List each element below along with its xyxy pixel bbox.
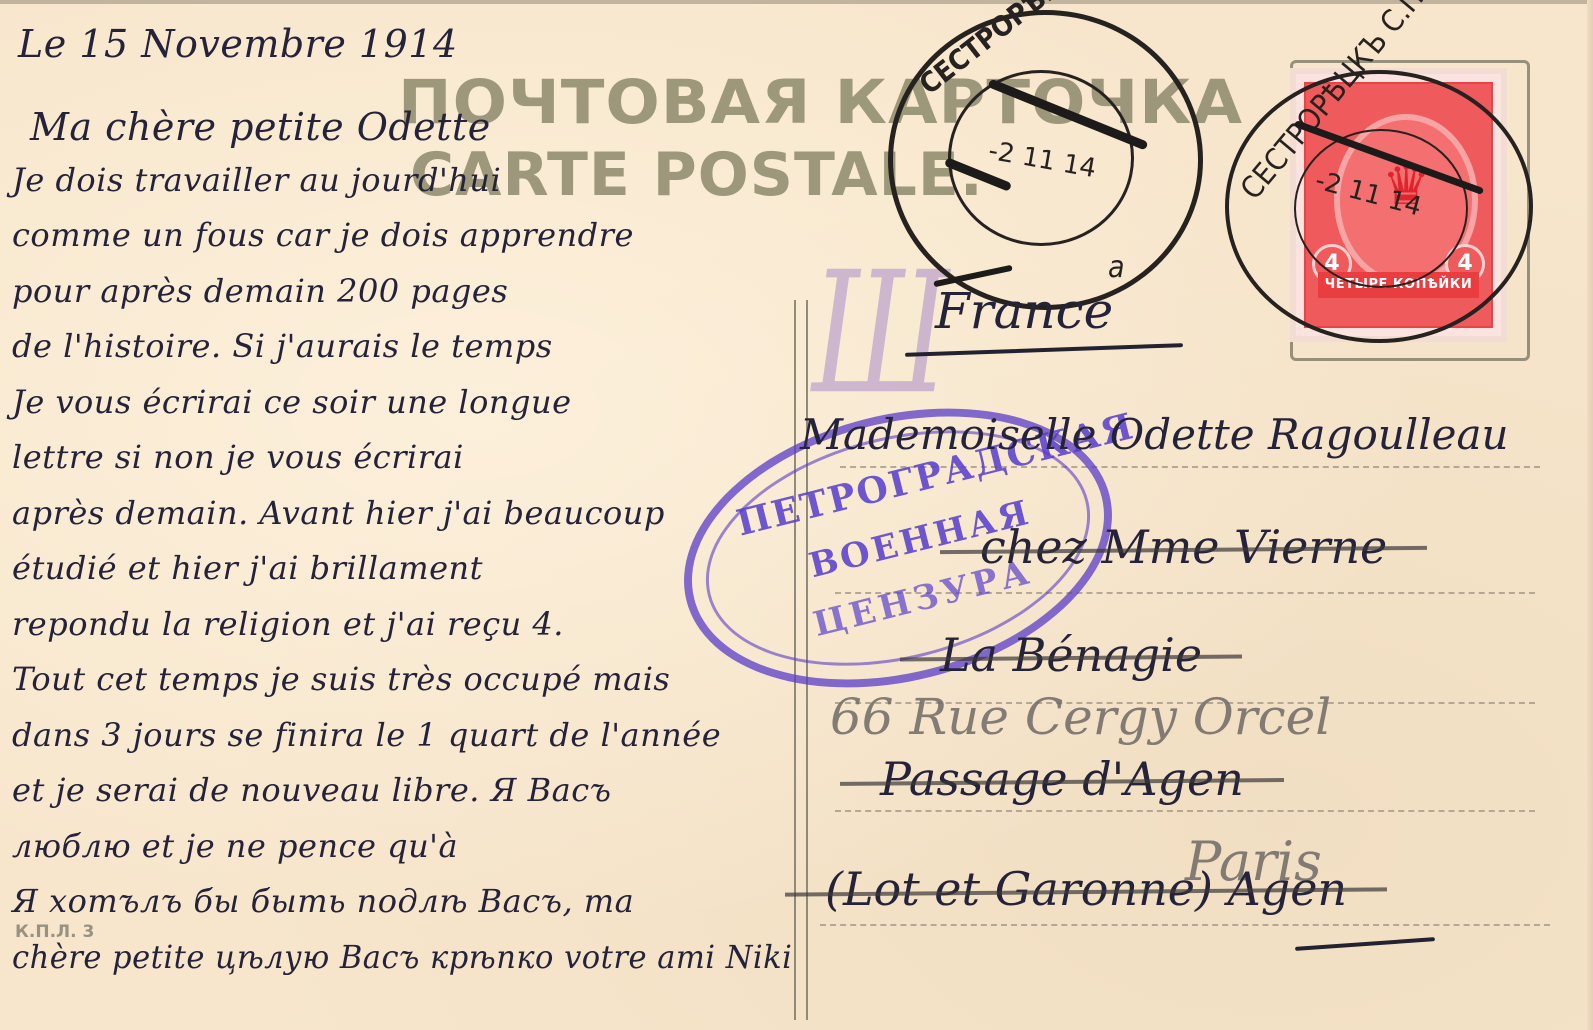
letter-line: étudié et hier j'ai brillament xyxy=(12,549,483,587)
letter-line: Я хотълъ бы быть подлѣ Васъ, ma xyxy=(12,882,634,920)
address-rule xyxy=(835,810,1535,812)
letter-line: pour après demain 200 pages xyxy=(12,272,508,310)
letter-line: repondu la religion et j'ai reçu 4. xyxy=(12,605,564,643)
address-recipient: Mademoiselle Odette Ragoulleau xyxy=(800,410,1509,459)
letter-line: Tout cet temps je suis très occupé mais xyxy=(12,660,670,698)
address-line-1: chez Mme Vierne xyxy=(980,520,1387,574)
letter-line: comme un fous car je dois apprendre xyxy=(12,216,634,254)
letter-line: dans 3 jours se finira le 1 quart de l'a… xyxy=(12,716,721,754)
address-rule xyxy=(820,924,1550,926)
letter-line: et je serai de nouveau libre. Я Васъ xyxy=(12,771,611,809)
address-line-3: Passage d'Agen xyxy=(880,752,1244,806)
letter-line: de l'histoire. Si j'aurais le temps xyxy=(12,327,553,365)
address-line-2: La Bénagie xyxy=(940,628,1202,682)
letter-line: lettre si non je vous écrirai xyxy=(12,438,464,476)
letter-line: chère petite цѣлую Васъ крѣпко votre ami… xyxy=(12,938,792,976)
card-top-edge xyxy=(0,0,1593,4)
publisher-mark: К.П.Л. 3 xyxy=(15,922,94,942)
postmark-left: СЕСТРОРѢЦКЪ С.П.Б. -2 11 14 а xyxy=(888,10,1203,310)
letter-line: Je vous écrirai ce soir une longue xyxy=(12,383,572,421)
letter-line: Je dois travailler au jourd'hui xyxy=(12,161,501,199)
postmark-letter: а xyxy=(1108,250,1125,285)
letter-line: Ma chère petite Odette xyxy=(30,105,491,149)
letter-line: люблю et je ne pence qu'à xyxy=(12,827,458,865)
city-underline xyxy=(1295,937,1435,951)
violet-pencil-scribble: Ш xyxy=(812,237,949,432)
address-country: France xyxy=(935,282,1113,340)
postcard: ПОЧТОВАЯ КАРТОЧКА CARTE POSTALE. Ш Le 15… xyxy=(0,0,1593,1030)
card-right-edge xyxy=(1587,0,1593,1030)
letter-date: Le 15 Novembre 1914 xyxy=(18,22,458,66)
redirect-street-pencil: 66 Rue Cergy Orcel xyxy=(830,688,1331,746)
letter-line: après demain. Avant hier j'ai beaucoup xyxy=(12,494,665,532)
address-line-4: (Lot et Garonne) Agen xyxy=(825,862,1347,916)
postmark-right: СЕСТРОРѢЦКЪ С.П.Б. -2 11 14 xyxy=(1225,70,1533,343)
